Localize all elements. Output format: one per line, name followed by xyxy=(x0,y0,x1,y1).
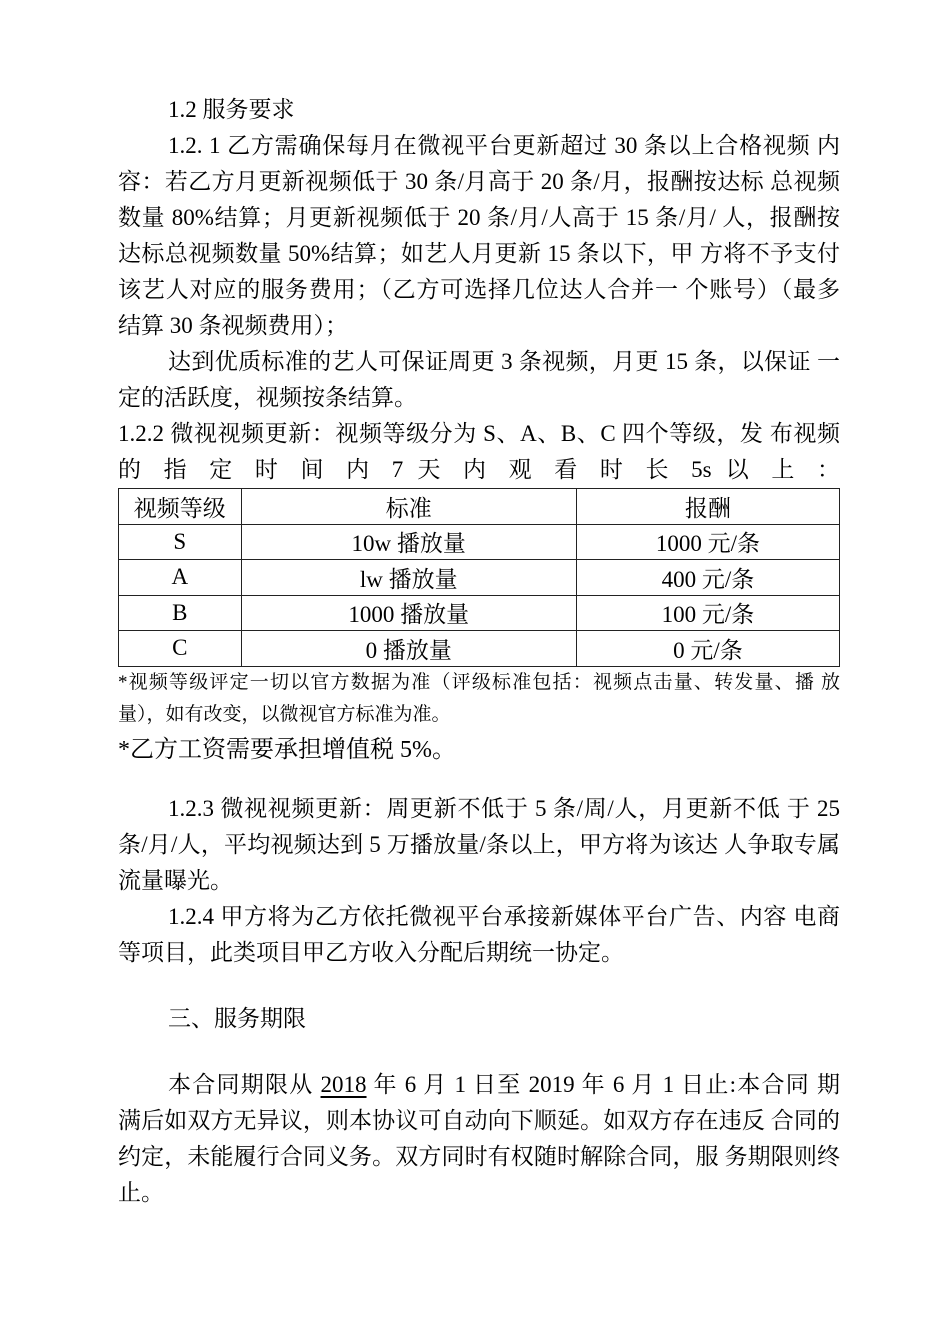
clause-1-2-2-line: 1.2.2 微视视频更新：视频等级分为 S、A、B、C 四个等级，发 布视频 xyxy=(118,416,840,452)
table-cell: S xyxy=(119,524,242,560)
table-row: B 1000 播放量 100 元/条 xyxy=(119,595,840,631)
table-cell: 1000 元/条 xyxy=(576,524,839,560)
term-year-underlined: 2018 xyxy=(321,1072,367,1097)
clause-1-2-4-line: 等项目，此类项目甲乙方收入分配后期统一协定。 xyxy=(118,935,840,971)
clause-1-2-1-line: 该艺人对应的服务费用；（乙方可选择几位达人合并一 个账号）（最多 xyxy=(118,272,840,308)
heading-1-2: 1.2 服务要求 xyxy=(118,92,840,128)
table-cell: 1000 播放量 xyxy=(241,595,576,631)
heading-section-3: 三、服务期限 xyxy=(118,1001,840,1037)
table-row: C 0 播放量 0 元/条 xyxy=(119,631,840,667)
term-text-pre: 本合同期限从 xyxy=(168,1072,321,1097)
clause-1-2-3-line: 条/月/人，平均视频达到 5 万播放量/条以上，甲方将为该达 人争取专属 xyxy=(118,827,840,863)
table-cell: 100 元/条 xyxy=(576,595,839,631)
footnote-tax-line: *乙方工资需要承担增值税 5%。 xyxy=(118,731,840,769)
clause-1-2-4-line: 1.2.4 甲方将为乙方依托微视平台承接新媒体平台广告、内容 电商 xyxy=(118,899,840,935)
clause-1-2-1-line: 结算 30 条视频费用）； xyxy=(118,308,840,344)
table-cell: lw 播放量 xyxy=(241,560,576,596)
clause-1-2-3-line: 1.2.3 微视视频更新：周更新不低于 5 条/周/人，月更新不低 于 25 xyxy=(118,791,840,827)
col-header-pay: 报酬 xyxy=(576,489,839,525)
table-header-row: 视频等级 标准 报酬 xyxy=(119,489,840,525)
table-cell: A xyxy=(119,560,242,596)
table-row: A lw 播放量 400 元/条 xyxy=(119,560,840,596)
table-cell: 10w 播放量 xyxy=(241,524,576,560)
document-page: 1.2 服务要求 1.2. 1 乙方需确保每月在微视平台更新超过 30 条以上合… xyxy=(118,92,840,1211)
term-paragraph-line: 满后如双方无异议，则本协议可自动向下顺延。如双方存在违反 合同的 xyxy=(118,1103,840,1139)
clause-1-2-1-line: 达标总视频数量 50%结算；如艺人月更新 15 条以下，甲 方将不予支付 xyxy=(118,236,840,272)
clause-quality-line: 达到优质标准的艺人可保证周更 3 条视频，月更 15 条，以保证 一 xyxy=(118,344,840,380)
table-cell: 0 元/条 xyxy=(576,631,839,667)
term-text-post: 年 6 月 1 日至 2019 年 6 月 1 日止:本合同 期 xyxy=(367,1072,840,1097)
table-cell: C xyxy=(119,631,242,667)
table-row: S 10w 播放量 1000 元/条 xyxy=(119,524,840,560)
term-paragraph-line: 本合同期限从 2018 年 6 月 1 日至 2019 年 6 月 1 日止:本… xyxy=(118,1067,840,1103)
col-header-standard: 标准 xyxy=(241,489,576,525)
table-cell: B xyxy=(119,595,242,631)
clause-1-2-3-line: 流量曝光。 xyxy=(118,863,840,899)
table-cell: 0 播放量 xyxy=(241,631,576,667)
footnote-line: 量），如有改变，以微视官方标准为准。 xyxy=(118,699,840,731)
term-paragraph-line: 止。 xyxy=(118,1175,840,1211)
clause-1-2-1-line: 1.2. 1 乙方需确保每月在微视平台更新超过 30 条以上合格视频 内 xyxy=(118,128,840,164)
footnote-line: *视频等级评定一切以官方数据为准（评级标准包括：视频点击量、转发量、播 放 xyxy=(118,667,840,699)
video-grade-table: 视频等级 标准 报酬 S 10w 播放量 1000 元/条 A lw 播放量 4… xyxy=(118,488,840,667)
clause-1-2-2-line: 的 指 定 时 间 内 7 天 内 观 看 时 长 5s 以 上 ： xyxy=(118,452,840,488)
col-header-grade: 视频等级 xyxy=(119,489,242,525)
table-cell: 400 元/条 xyxy=(576,560,839,596)
clause-1-2-1-line: 数量 80%结算；月更新视频低于 20 条/月/人高于 15 条/月/ 人，报酬… xyxy=(118,200,840,236)
clause-quality-line: 定的活跃度，视频按条结算。 xyxy=(118,380,840,416)
clause-1-2-1-line: 容：若乙方月更新视频低于 30 条/月高于 20 条/月，报酬按达标 总视频 xyxy=(118,164,840,200)
term-paragraph-line: 约定，未能履行合同义务。双方同时有权随时解除合同，服 务期限则终 xyxy=(118,1139,840,1175)
